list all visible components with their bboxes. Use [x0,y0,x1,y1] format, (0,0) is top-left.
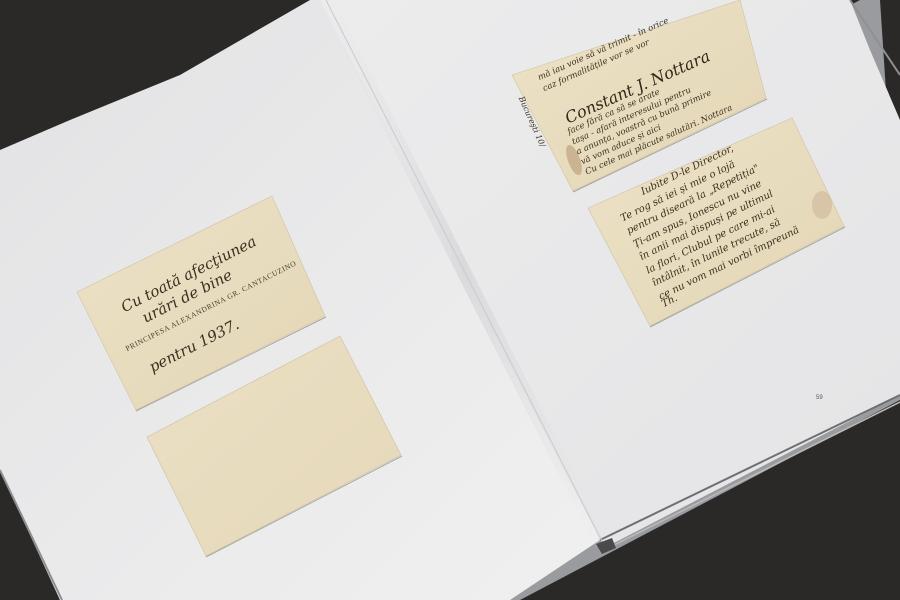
page-number: 59 [816,395,823,401]
book-photo: Cu toată afecţiunea urări de bine PRINCI… [0,0,900,600]
